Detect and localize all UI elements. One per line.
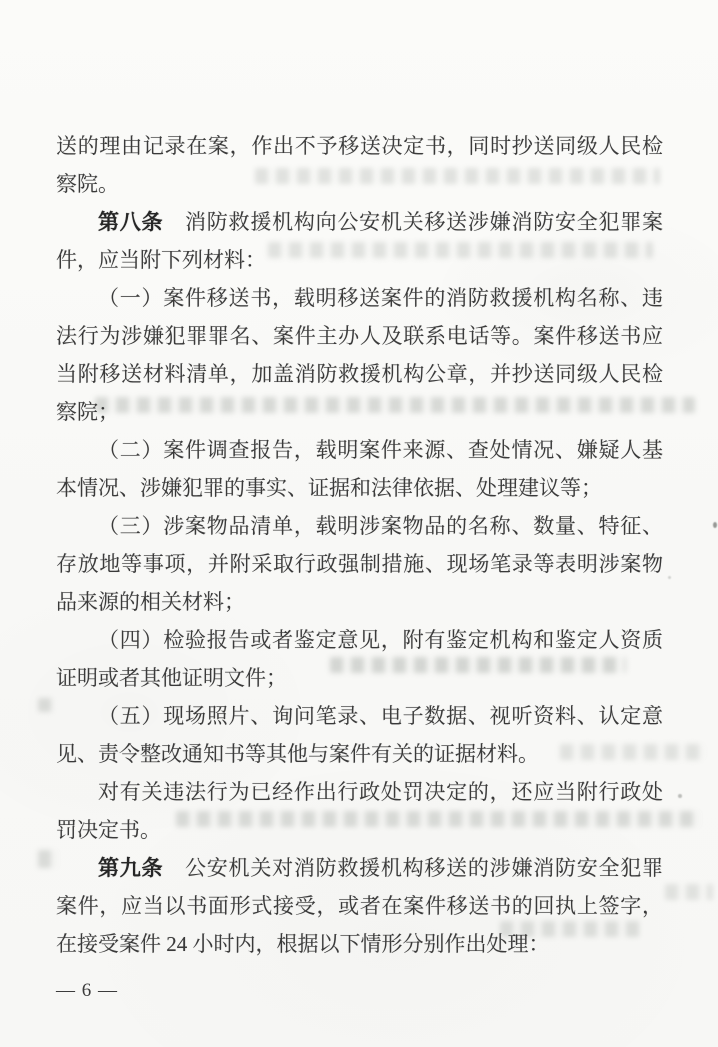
article-heading: 第九条 bbox=[98, 856, 163, 880]
text-line: 案件，应当以书面形式接受，或者在案件移送书的回执上签字， bbox=[56, 887, 663, 925]
text-segment: （一）案件移送书，载明移送案件的消防救援机构名称、违 bbox=[98, 286, 663, 310]
article-heading: 第八条 bbox=[98, 210, 163, 234]
document-body: 送的理由记录在案，作出不予移送决定书，同时抄送同级人民检察院。第八条 消防救援机… bbox=[56, 127, 663, 963]
text-segment: 见、责令整改通知书等其他与案件有关的证据材料。 bbox=[56, 742, 539, 766]
text-line: （二）案件调查报告，载明案件来源、查处情况、嫌疑人基 bbox=[56, 431, 663, 469]
text-line: 第九条 公安机关对消防救援机构移送的涉嫌消防安全犯罪 bbox=[56, 849, 663, 887]
text-line: 察院。 bbox=[56, 165, 663, 203]
text-line: （四）检验报告或者鉴定意见，附有鉴定机构和鉴定人资质 bbox=[56, 621, 663, 659]
text-segment: （二）案件调查报告，载明案件来源、查处情况、嫌疑人基 bbox=[98, 438, 663, 462]
text-segment: 罚决定书。 bbox=[56, 818, 161, 842]
text-segment: 对有关违法行为已经作出行政处罚决定的，还应当附行政处 bbox=[98, 780, 663, 804]
text-segment: 案件，应当以书面形式接受，或者在案件移送书的回执上签字， bbox=[56, 894, 663, 918]
text-line: 第八条 消防救援机构向公安机关移送涉嫌消防安全犯罪案 bbox=[56, 203, 663, 241]
scan-speck bbox=[668, 576, 671, 579]
text-segment: 本情况、涉嫌犯罪的事实、证据和法律依据、处理建议等； bbox=[56, 476, 602, 500]
text-line: 证明或者其他证明文件； bbox=[56, 659, 663, 697]
text-segment: 公安机关对消防救援机构移送的涉嫌消防安全犯罪 bbox=[163, 856, 663, 880]
text-segment: 证明或者其他证明文件； bbox=[56, 666, 287, 690]
text-line: 对有关违法行为已经作出行政处罚决定的，还应当附行政处 bbox=[56, 773, 663, 811]
text-segment: 件，应当附下列材料： bbox=[56, 248, 266, 272]
text-segment: （四）检验报告或者鉴定意见，附有鉴定机构和鉴定人资质 bbox=[98, 628, 663, 652]
page-number: — 6 — bbox=[56, 980, 118, 1002]
text-segment: 送的理由记录在案，作出不予移送决定书，同时抄送同级人民检 bbox=[56, 134, 663, 158]
text-segment: （五）现场照片、询问笔录、电子数据、视听资料、认定意 bbox=[98, 704, 663, 728]
text-line: 送的理由记录在案，作出不予移送决定书，同时抄送同级人民检 bbox=[56, 127, 663, 165]
text-segment: 在接受案件 24 小时内，根据以下情形分别作出处理： bbox=[56, 932, 550, 956]
text-line: 品来源的相关材料； bbox=[56, 583, 663, 621]
text-line: 察院； bbox=[56, 393, 663, 431]
text-line: 件，应当附下列材料： bbox=[56, 241, 663, 279]
bleed-through-smudge bbox=[665, 884, 713, 900]
bleed-through-smudge bbox=[38, 698, 54, 712]
text-segment: 存放地等事项，并附采取行政强制措施、现场笔录等表明涉案物 bbox=[56, 552, 663, 576]
text-segment: 察院。 bbox=[56, 172, 119, 196]
text-segment: 消防救援机构向公安机关移送涉嫌消防安全犯罪案 bbox=[163, 210, 663, 234]
scanned-document-page: 送的理由记录在案，作出不予移送决定书，同时抄送同级人民检察院。第八条 消防救援机… bbox=[0, 0, 718, 1047]
text-segment: 察院； bbox=[56, 400, 119, 424]
text-line: 当附移送材料清单，加盖消防救援机构公章，并抄送同级人民检 bbox=[56, 355, 663, 393]
text-segment: 品来源的相关材料； bbox=[56, 590, 245, 614]
bleed-through-smudge bbox=[38, 850, 58, 868]
text-segment: 法行为涉嫌犯罪罪名、案件主办人及联系电话等。案件移送书应 bbox=[56, 324, 663, 348]
scan-speck bbox=[678, 794, 682, 798]
text-segment: （三）涉案物品清单，载明涉案物品的名称、数量、特征、 bbox=[98, 514, 663, 538]
text-line: 本情况、涉嫌犯罪的事实、证据和法律依据、处理建议等； bbox=[56, 469, 663, 507]
text-line: 在接受案件 24 小时内，根据以下情形分别作出处理： bbox=[56, 925, 663, 963]
scan-speck bbox=[713, 522, 717, 528]
text-segment: 当附移送材料清单，加盖消防救援机构公章，并抄送同级人民检 bbox=[56, 362, 663, 386]
text-line: （一）案件移送书，载明移送案件的消防救援机构名称、违 bbox=[56, 279, 663, 317]
text-line: （五）现场照片、询问笔录、电子数据、视听资料、认定意 bbox=[56, 697, 663, 735]
text-line: 罚决定书。 bbox=[56, 811, 663, 849]
text-line: （三）涉案物品清单，载明涉案物品的名称、数量、特征、 bbox=[56, 507, 663, 545]
text-line: 见、责令整改通知书等其他与案件有关的证据材料。 bbox=[56, 735, 663, 773]
text-line: 法行为涉嫌犯罪罪名、案件主办人及联系电话等。案件移送书应 bbox=[56, 317, 663, 355]
text-line: 存放地等事项，并附采取行政强制措施、现场笔录等表明涉案物 bbox=[56, 545, 663, 583]
